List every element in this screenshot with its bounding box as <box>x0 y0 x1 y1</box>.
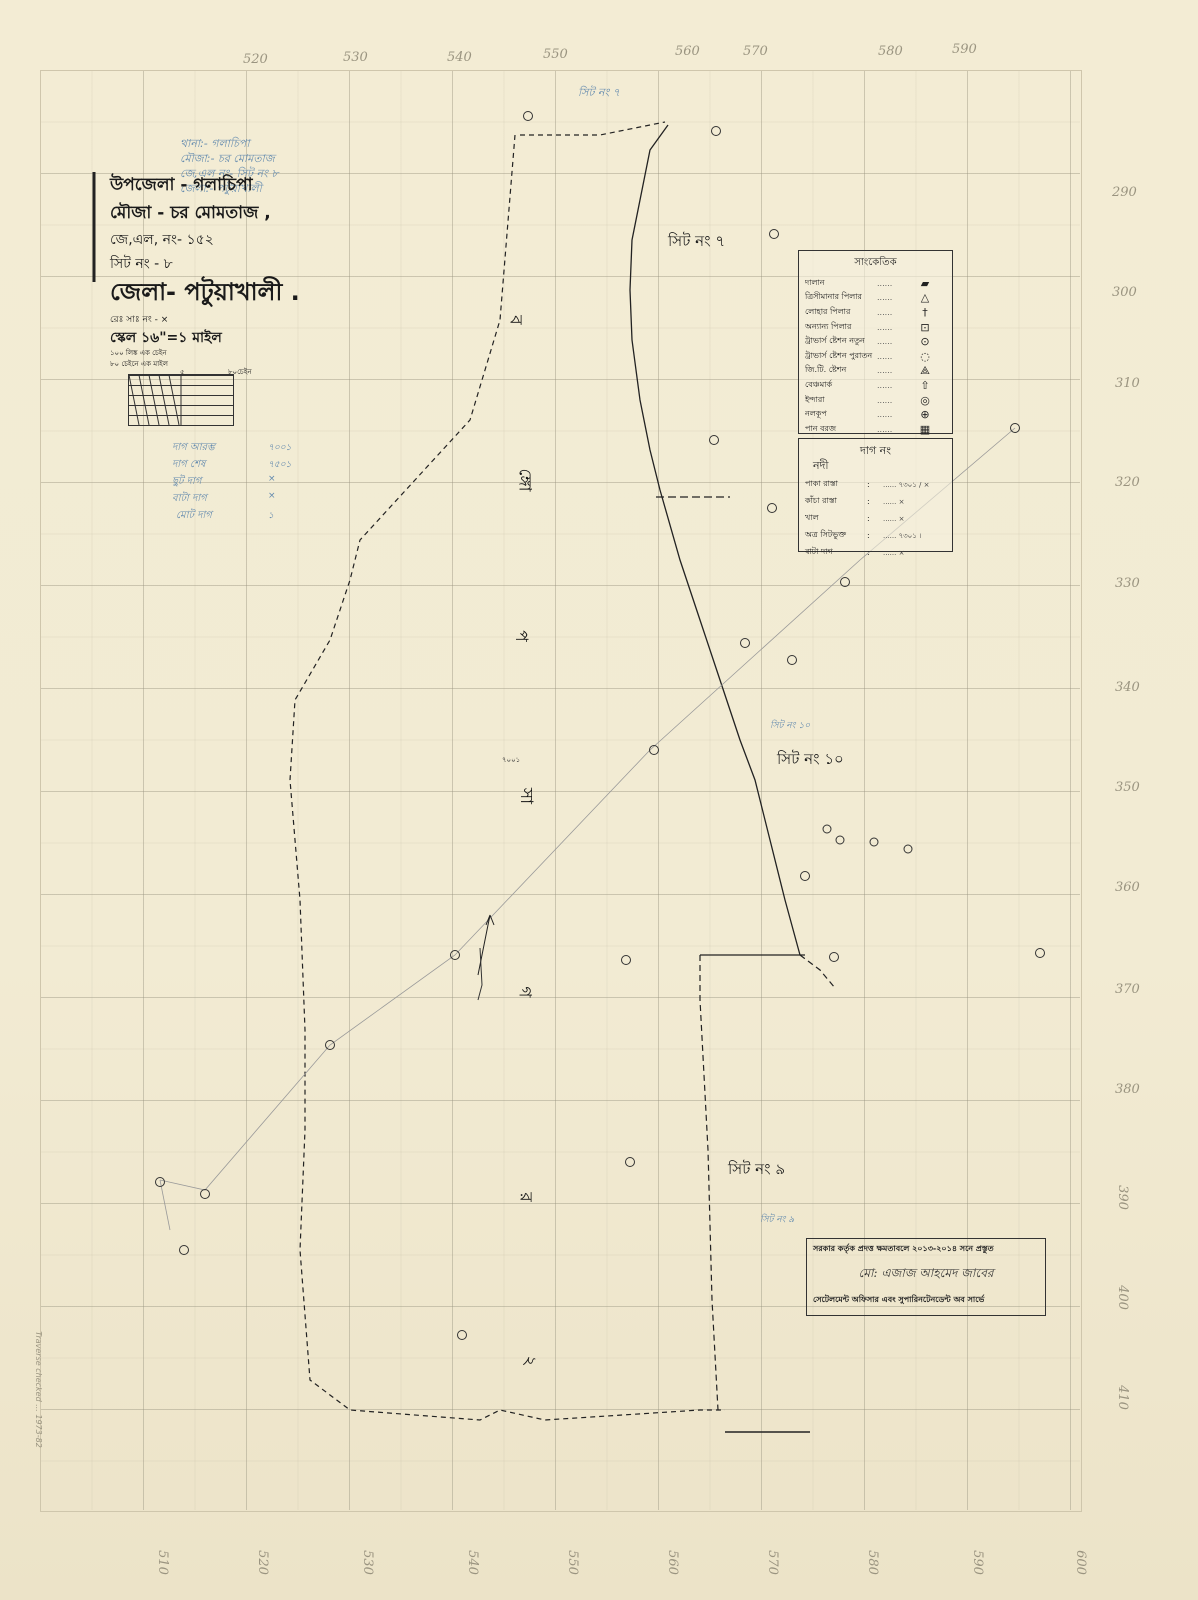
symbol-legend: সাংকেতিক দালান......▰ ত্রিসীমানার পিলার.… <box>798 250 953 434</box>
river-name-char: গ <box>510 986 538 997</box>
legend-item: অন্যান্য পিলার......⊡ <box>799 320 952 335</box>
river-name-char: র <box>511 1192 539 1201</box>
river-name-char: ঙ্গো <box>510 468 538 491</box>
well-icon: ◎ <box>915 394 935 407</box>
legend-item: ত্রিসীমানার পিলার......△ <box>799 291 952 306</box>
scale-note: ৮০ চেইনে এক মাইল <box>110 358 168 370</box>
iron-pillar-icon: † <box>915 306 935 319</box>
pencil-sheet-north: সিট নং ৭ <box>578 84 620 103</box>
map-sheet: 520 530 540 550 560 570 580 590 290 300 … <box>0 0 1198 1600</box>
betel-garden-icon: ▦ <box>915 423 935 436</box>
authority-line: সরকার কর্তৃক প্রদত্ত ক্ষমতাবলে ২০১৩-২০১৪… <box>807 1239 1045 1256</box>
plot-number: ৭০০১ <box>502 754 520 766</box>
summary-value: ৭০০১ <box>268 440 291 455</box>
diagonal-scale <box>128 374 234 426</box>
summary-label: দাগ আরম্ভ <box>172 440 215 457</box>
legend-item: ট্রাভার্স ষ্টেশন নতুন......⊙ <box>799 334 952 349</box>
legend-item: জি.টি. ষ্টেশন......⟁ <box>799 364 952 379</box>
adjacent-sheet-east: সিট নং ১০ <box>777 748 844 773</box>
building-icon: ▰ <box>915 277 935 290</box>
margin-note: Traverse checked ... 1973-82 <box>34 1331 43 1448</box>
pencil-sheet-south: সিট নং ৯ <box>760 1212 794 1227</box>
legend-item: বেঞ্চমার্ক......⇧ <box>799 378 952 393</box>
plot-legend-item: অত্র সিটভুক্ত:...... ৭৩০১ । <box>799 527 952 544</box>
plot-legend-item: বাটা দাগ:...... × <box>799 544 952 561</box>
legend-item: পান বরজ......▦ <box>799 422 952 437</box>
pencil-sheet-east: সিট নং ১০ <box>770 718 810 733</box>
legend-title: সাংকেতিক <box>799 255 952 272</box>
legend-item: ইন্দারা......◎ <box>799 393 952 408</box>
adjacent-sheet-south: সিট নং ৯ <box>728 1158 785 1183</box>
plot-legend-item: পাকা রাস্তা:...... ৭৩০১ / × <box>799 476 952 493</box>
new-station-icon: ⊙ <box>915 335 935 348</box>
plot-legend: দাগ নং নদী পাকা রাস্তা:...... ৭৩০১ / × ক… <box>798 438 953 552</box>
summary-label: মোট দাগ <box>176 508 212 525</box>
sheet-number: সিট নং - ৮ <box>110 252 173 276</box>
legend-item: দালান......▰ <box>799 276 952 291</box>
signature-box: সরকার কর্তৃক প্রদত্ত ক্ষমতাবলে ২০১৩-২০১৪… <box>806 1238 1046 1316</box>
upazila-label: উপজেলা - গলাচিপা <box>110 172 253 200</box>
river-name-char: সা <box>511 788 539 804</box>
summary-value: × <box>268 474 276 484</box>
summary-value: × <box>268 491 276 501</box>
rs-number: রেঃ সাঃ নং - × <box>110 312 168 327</box>
officer-signature: মো: এজাজ আহমেদ জাবের <box>807 1265 1045 1285</box>
legend-item: ট্রাভার্স ষ্টেশন পুরাতন......◌ <box>799 349 952 364</box>
old-station-icon: ◌ <box>915 350 935 363</box>
district-label: জেলা- পটুয়াখালী . <box>110 274 300 314</box>
river-name-char: প <box>506 630 534 642</box>
summary-value: ১ <box>268 508 274 523</box>
other-pillar-icon: ⊡ <box>915 321 935 334</box>
mouza-label: মৌজা - চর মোমতাজ , <box>110 200 271 228</box>
summary-label: ছুট দাগ <box>172 474 201 491</box>
plot-legend-item: কাঁচা রাস্তা:...... × <box>799 493 952 510</box>
plot-legend-item: খাল:...... × <box>799 510 952 527</box>
river-name-char: ব <box>501 315 529 324</box>
benchmark-icon: ⇧ <box>915 379 935 392</box>
river-name-char: ২ <box>515 1355 543 1366</box>
summary-label: বাটা দাগ <box>172 491 207 508</box>
jl-number: জে,এল, নং- ১৫২ <box>110 228 214 252</box>
legend-item: লোহার পিলার......† <box>799 305 952 320</box>
legend-item: নলকূপ......⊕ <box>799 407 952 422</box>
summary-label: দাগ শেষ <box>172 457 205 474</box>
adjacent-sheet-north: সিট নং ৭ <box>668 230 725 255</box>
summary-value: ৭৫০১ <box>268 457 291 472</box>
officer-title: সেটেলমেন্ট অফিসার এবং সুপারিনটেনডেন্ট অব… <box>807 1285 1045 1307</box>
gt-station-icon: ⟁ <box>915 364 935 378</box>
triangle-pillar-icon: △ <box>915 291 935 304</box>
tubewell-icon: ⊕ <box>915 408 935 421</box>
